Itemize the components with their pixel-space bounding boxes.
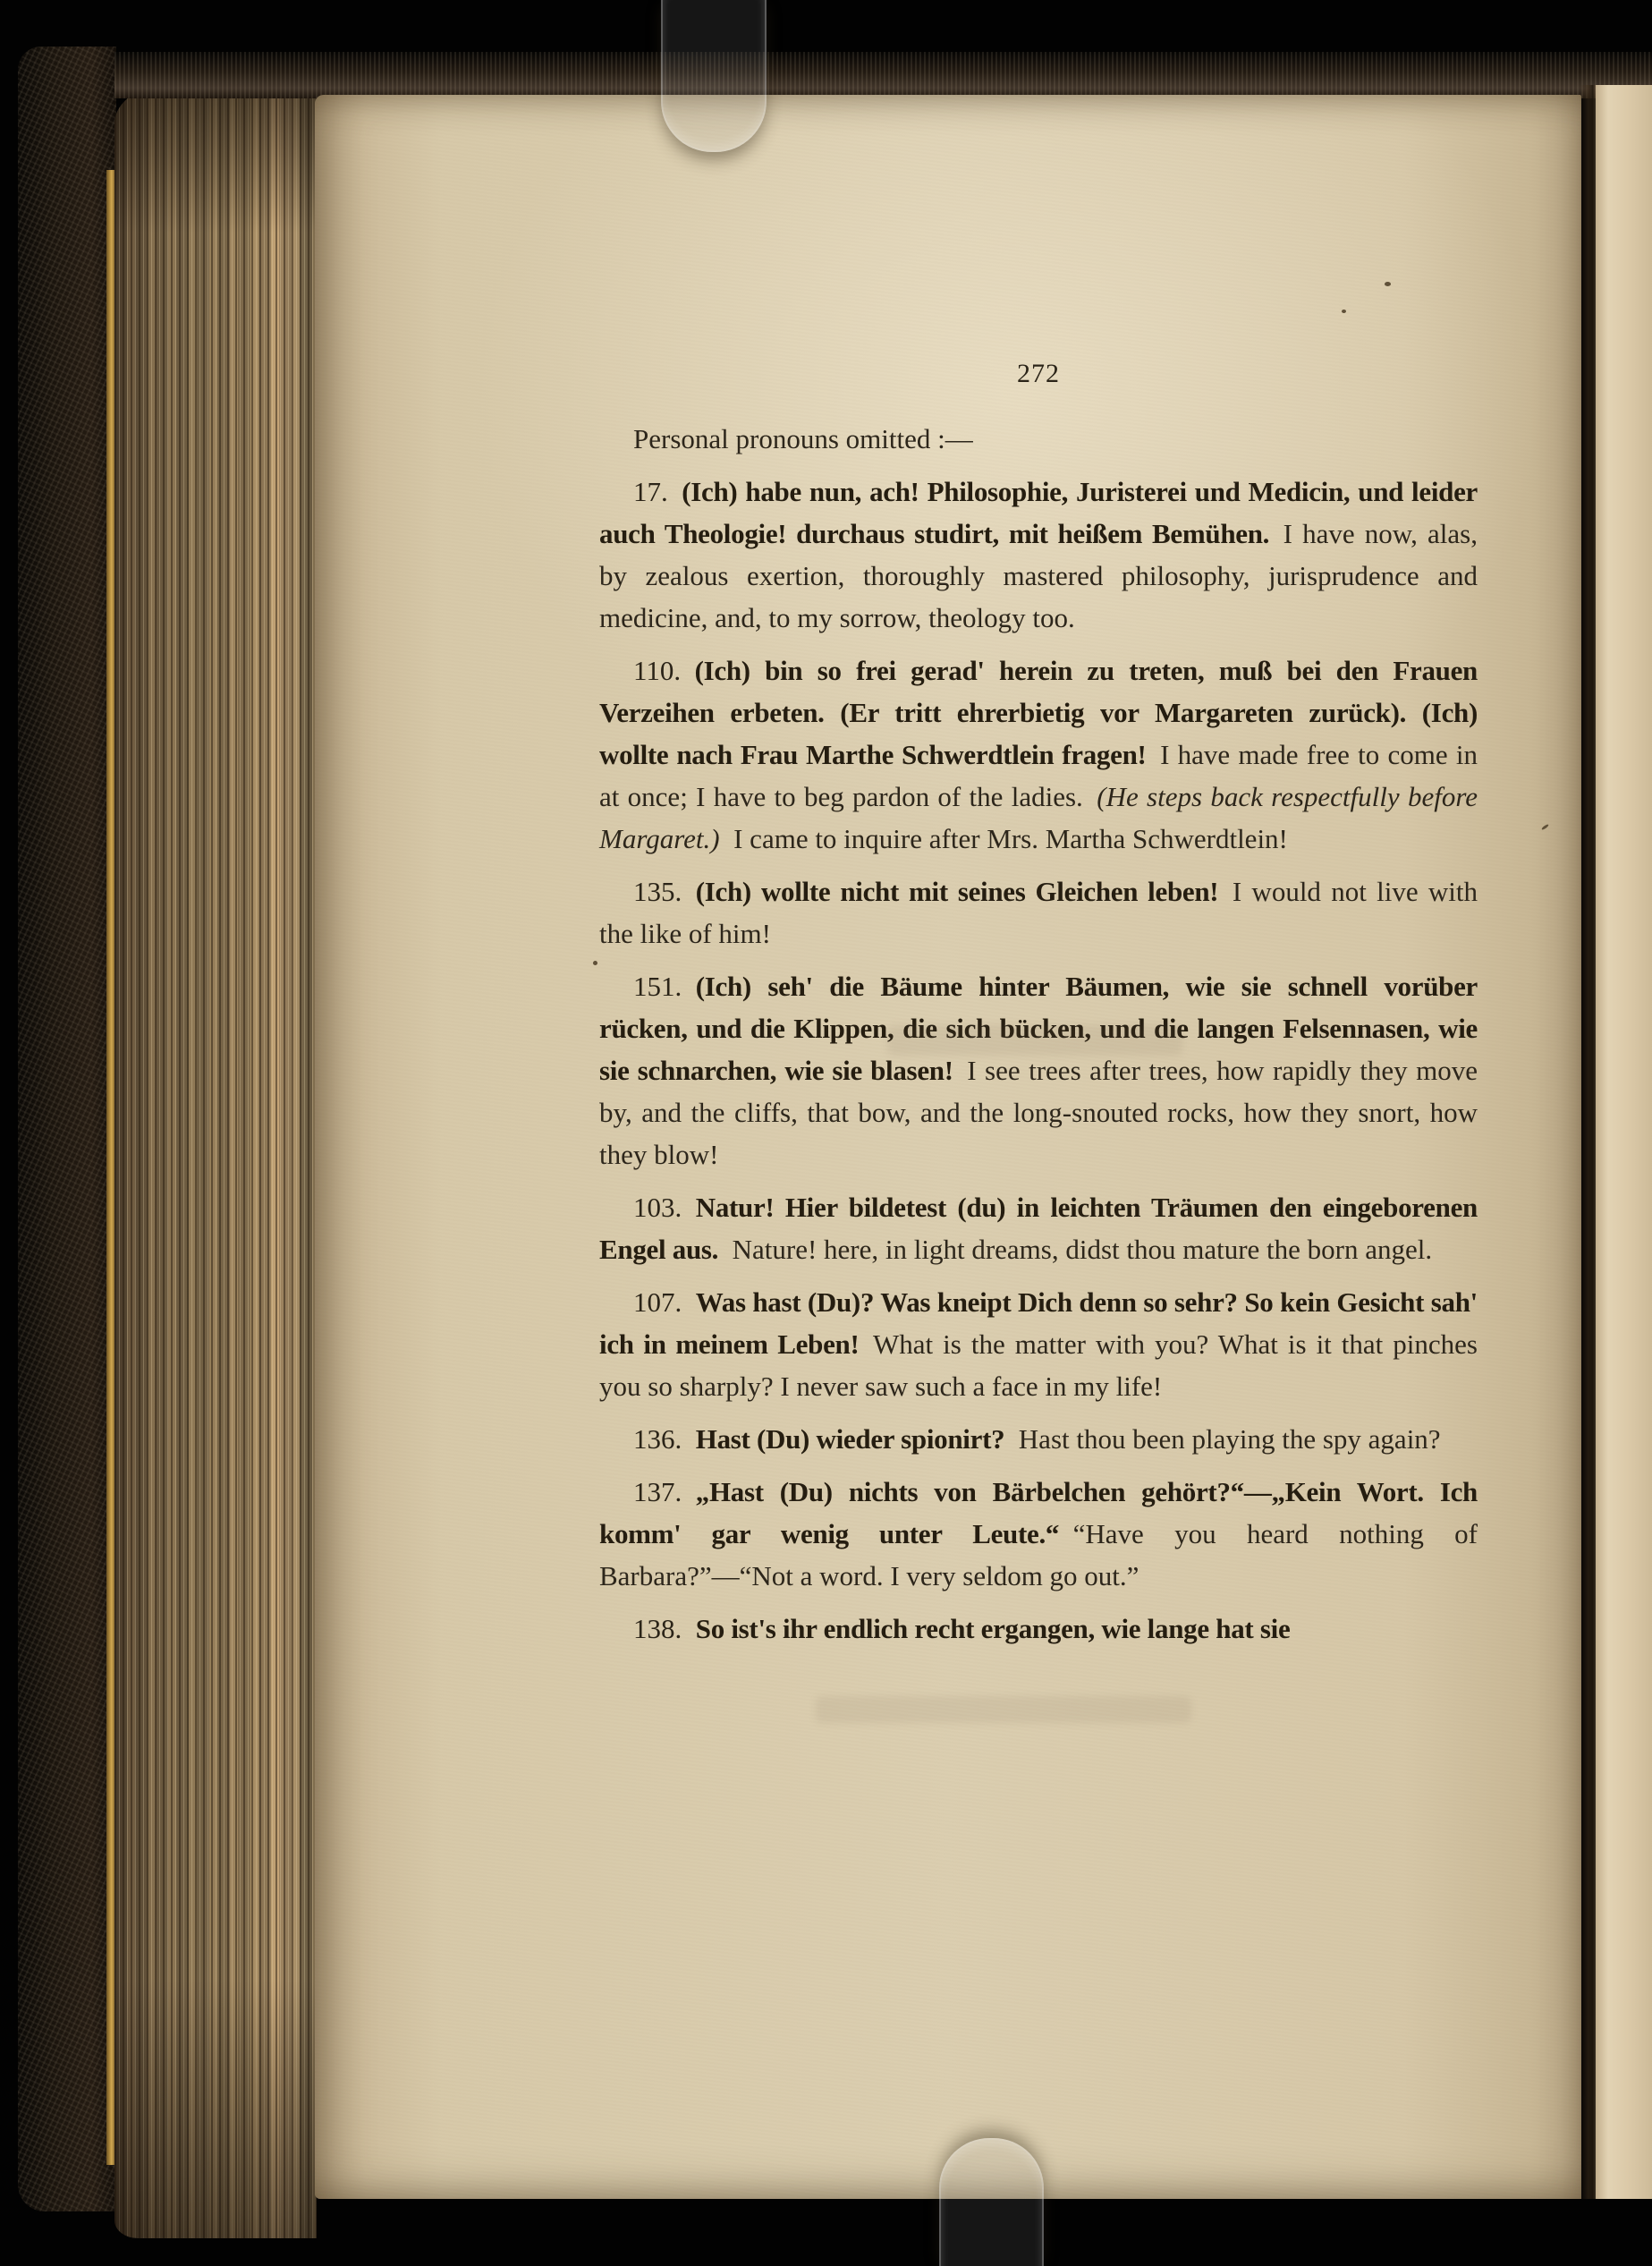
passage-number: 107. bbox=[633, 1286, 682, 1318]
german-text: So ist's ihr endlich recht ergangen, wie… bbox=[696, 1613, 1291, 1644]
paper-speck bbox=[1385, 282, 1391, 286]
cover-gilt-line bbox=[106, 170, 114, 2165]
passage-number: 137. bbox=[633, 1476, 682, 1507]
retaining-strap-bottom bbox=[939, 2138, 1044, 2266]
gutter-crease bbox=[1580, 85, 1596, 2199]
text-block: 272 Personal pronouns omitted :— 17. (Ic… bbox=[599, 352, 1478, 1660]
passage-item: 110. (Ich) bin so frei gerad' herein zu … bbox=[599, 649, 1478, 860]
passage-item: 138. So ist's ihr endlich recht ergangen… bbox=[599, 1608, 1478, 1650]
paper-speck bbox=[1342, 310, 1346, 313]
retaining-strap-top bbox=[661, 0, 767, 152]
english-text: Hast thou been playing the spy again? bbox=[1019, 1423, 1441, 1455]
passage-number: 135. bbox=[633, 876, 682, 907]
book-cover-cloth bbox=[18, 47, 116, 2211]
page-number: 272 bbox=[599, 352, 1478, 395]
passage-item: 137. „Hast (Du) nichts von Bärbelchen ge… bbox=[599, 1471, 1478, 1597]
page-surface: 272 Personal pronouns omitted :— 17. (Ic… bbox=[315, 95, 1581, 2199]
passage-item: 151. (Ich) seh' die Bäume hinter Bäumen,… bbox=[599, 965, 1478, 1175]
top-edge-shadow-strip bbox=[114, 52, 1652, 98]
german-text: Hast (Du) wieder spionirt? bbox=[696, 1423, 1005, 1455]
fore-edge-page-stack bbox=[114, 82, 317, 2238]
passage-number: 103. bbox=[633, 1192, 682, 1223]
passage-number: 110. bbox=[633, 655, 681, 686]
passage-number: 138. bbox=[633, 1613, 682, 1644]
english-text: I came to inquire after Mrs. Martha Schw… bbox=[733, 823, 1288, 854]
paper-speck bbox=[593, 961, 597, 965]
facing-page-edge bbox=[1596, 85, 1652, 2199]
english-text: Nature! here, in light dreams, didst tho… bbox=[733, 1234, 1433, 1265]
paper-speck bbox=[1541, 824, 1549, 831]
passage-item: 135. (Ich) wollte nicht mit seines Gleic… bbox=[599, 870, 1478, 955]
passage-number: 136. bbox=[633, 1423, 682, 1455]
passage-item: 103. Natur! Hier bildetest (du) in leich… bbox=[599, 1186, 1478, 1270]
passage-number: 151. bbox=[633, 971, 682, 1002]
passage-number: 17. bbox=[633, 476, 668, 507]
ink-showthrough bbox=[816, 1696, 1191, 1723]
passage-item: 136. Hast (Du) wieder spionirt? Hast tho… bbox=[599, 1418, 1478, 1460]
passage-item: 107. Was hast (Du)? Was kneipt Dich denn… bbox=[599, 1281, 1478, 1407]
ink-showthrough bbox=[887, 1025, 1182, 1056]
text-items: 17. (Ich) habe nun, ach! Philosophie, Ju… bbox=[599, 471, 1478, 1650]
german-text: (Ich) wollte nicht mit seines Gleichen l… bbox=[696, 876, 1219, 907]
passage-item: 17. (Ich) habe nun, ach! Philosophie, Ju… bbox=[599, 471, 1478, 639]
book-scan: 272 Personal pronouns omitted :— 17. (Ic… bbox=[0, 0, 1652, 2266]
intro-line: Personal pronouns omitted :— bbox=[599, 418, 1478, 460]
